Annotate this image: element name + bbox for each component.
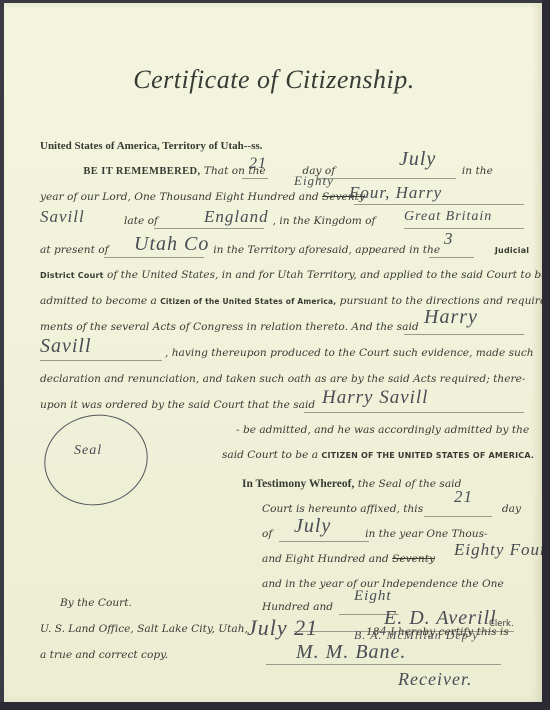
fill-rule xyxy=(40,360,162,361)
hw-cert-date: July 21 xyxy=(247,615,318,641)
hw-year-digit: 4 xyxy=(379,623,387,638)
true-copy: a true and correct copy. xyxy=(40,649,518,661)
hw-kingdom: Great Britain xyxy=(404,209,492,225)
text: year of our Lord, One Thousand Eight Hun… xyxy=(40,191,319,203)
fill-rule xyxy=(104,257,204,258)
text: and Eight Hundred and xyxy=(262,553,389,565)
hw-register-title: Receiver. xyxy=(398,669,472,690)
line-8: , having thereupon produced to the Court… xyxy=(165,347,518,359)
certificate-page: Certificate of Citizenship. United State… xyxy=(4,3,544,703)
hw-present-of: Utah Co xyxy=(134,233,209,256)
text: Court is hereunto affixed, this xyxy=(262,503,423,515)
text: Judicial xyxy=(495,246,529,255)
text: , in the Kingdom of xyxy=(273,215,376,227)
text: day xyxy=(502,503,521,515)
text: I hereby certify this is xyxy=(390,626,508,638)
testimony-line-2: Court is hereunto affixed, this day xyxy=(262,503,518,515)
certify-line: 184 I hereby certify this is xyxy=(366,623,518,639)
text: upon it was ordered by the said Court th… xyxy=(40,399,315,411)
hw-month: July xyxy=(399,148,436,171)
fill-rule xyxy=(404,334,524,335)
text: at present of xyxy=(40,244,109,256)
line-12: said Court to be a CITIZEN OF THE UNITED… xyxy=(222,449,518,461)
fill-rule xyxy=(424,516,492,517)
hw-register-signature: M. M. Bane. xyxy=(296,641,406,664)
text: in the Territory aforesaid, appeared in … xyxy=(213,244,440,256)
text: CITIZEN OF THE UNITED STATES OF AMERICA. xyxy=(321,451,534,460)
fill-rule xyxy=(354,204,524,205)
line-9: declaration and renunciation, and taken … xyxy=(40,373,518,385)
text: Citizen of the United States of America, xyxy=(160,297,336,306)
hw-test-year: Eighty Four xyxy=(454,540,548,560)
text: admitted to become a xyxy=(40,295,157,307)
text: in the year One Thous- xyxy=(365,528,488,540)
by-the-court: By the Court. xyxy=(60,597,518,609)
line-5: District Court of the United States, in … xyxy=(40,269,518,281)
hw-test-month: July xyxy=(294,515,331,538)
hw-seal: Seal xyxy=(74,443,102,459)
in-testimony-whereof: In Testimony Whereof, xyxy=(242,478,354,490)
hw-year-words: Eighty xyxy=(294,173,334,189)
be-it-remembered: BE IT REMEMBERED, xyxy=(83,166,200,177)
hw-said-surname: Savill xyxy=(40,335,92,358)
text: of the United States, in and for Utah Te… xyxy=(107,269,547,281)
hw-surname: Savill xyxy=(40,207,85,227)
fill-rule xyxy=(318,178,456,179)
fill-rule xyxy=(404,228,524,229)
text: in the xyxy=(462,165,493,177)
hw-ordered-name: Harry Savill xyxy=(322,387,428,409)
line-11: - be admitted, and he was accordingly ad… xyxy=(236,424,518,436)
document-title: Certificate of Citizenship. xyxy=(4,65,544,95)
text: , having thereupon produced to the Court… xyxy=(165,347,534,359)
text: declaration and renunciation, and taken … xyxy=(40,373,525,385)
fill-rule xyxy=(242,178,268,179)
testimony-line-1: In Testimony Whereof, the Seal of the sa… xyxy=(242,478,518,490)
text: District Court xyxy=(40,271,104,280)
text: late of xyxy=(124,215,158,227)
hw-country: England xyxy=(204,207,269,227)
venue-header: United States of America, Territory of U… xyxy=(40,140,518,152)
fill-rule xyxy=(429,257,474,258)
hw-district-number: 3 xyxy=(444,229,454,249)
page-edge-right xyxy=(542,0,550,710)
fill-rule xyxy=(154,228,264,229)
seal-circle xyxy=(36,405,156,515)
line-10: upon it was ordered by the said Court th… xyxy=(40,399,518,411)
struck-text: Seventy xyxy=(392,553,435,565)
text: said Court to be a xyxy=(222,449,318,461)
fill-rule xyxy=(304,412,524,413)
fill-rule xyxy=(279,541,369,542)
text: the Seal of the said xyxy=(358,478,462,490)
year-prefix: 18 xyxy=(366,626,379,638)
hw-name: Four, Harry xyxy=(349,183,442,203)
line-1: BE IT REMEMBERED, That on the day of in … xyxy=(40,165,518,177)
hw-day: 21 xyxy=(249,155,267,173)
page-edge-bottom xyxy=(0,702,550,710)
line-2: year of our Lord, One Thousand Eight Hun… xyxy=(40,191,518,203)
signature-rule xyxy=(266,664,501,665)
hw-test-day: 21 xyxy=(454,487,473,507)
hw-said-name: Harry xyxy=(424,306,478,329)
text: of xyxy=(262,528,272,540)
text: be admitted, and he was accordingly admi… xyxy=(243,424,529,436)
text: ments of the several Acts of Congress in… xyxy=(40,321,419,333)
